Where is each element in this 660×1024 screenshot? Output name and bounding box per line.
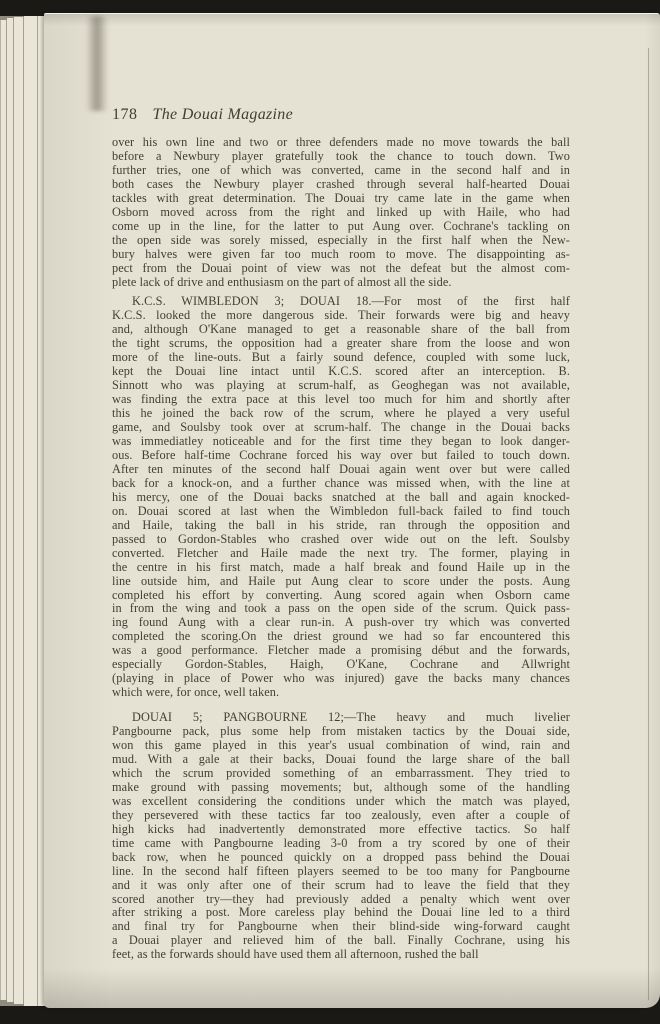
text-line: high kicks had inadvertently demonstrate… [112,823,570,837]
page-edge [7,18,14,1002]
text-line: which the scrum provided something of an… [112,767,570,781]
text-line: on. Douai scored at last when the Wimble… [112,505,570,519]
text-line: after striking a post. More careless pla… [112,906,570,920]
text-line: before a Newbury player gratefully took … [112,150,570,164]
page-content: 178The Douai Magazine over his own line … [112,105,570,962]
text-line: pect from the Douai point of view was no… [112,262,570,276]
text-line: plete lack of drive and enthusiasm on th… [112,276,570,290]
text-line: especially Gordon-Stables, Haigh, O'Kane… [112,658,570,672]
text-line: Osborn moved across from the right and l… [112,206,570,220]
text-line: ous. Before half-time Cochrane forced hi… [112,449,570,463]
text-line: and it was only after one of their scrum… [112,879,570,893]
text-line: both cases the Newbury player crashed th… [112,178,570,192]
page-number: 178 [112,106,138,123]
text-line: K.C.S. looked the more dangerous side. T… [112,309,570,323]
text-line: more of the line-outs. But a fairly soun… [112,351,570,365]
book-photo: 178The Douai Magazine over his own line … [0,0,660,1024]
text-line: and final try for Pangbourne when their … [112,920,570,934]
text-line: line. In the second half fifteen players… [112,865,570,879]
text-line: After ten minutes of the second half Dou… [112,463,570,477]
text-line: bury halves were given far too much room… [112,248,570,262]
text-line: and, although O'Kane managed to get a re… [112,323,570,337]
text-line: further tries, one of which was converte… [112,164,570,178]
text-line: come up in the line, for the latter to p… [112,220,570,234]
running-title: The Douai Magazine [153,106,294,123]
text-line: back row, when he pounced quickly on a d… [112,851,570,865]
text-line: was immediatley noticeable and for the f… [112,435,570,449]
text-line: the open side was sorely missed, especia… [112,234,570,248]
text-line: his mercy, one of the Douai backs snatch… [112,491,570,505]
text-line: passed to Gordon-Stables who crashed ove… [112,533,570,547]
text-line: was finding the extra pace at this level… [112,393,570,407]
text-line: the centre in his first match, made a ha… [112,561,570,575]
page-header: 178The Douai Magazine [112,105,570,124]
text-line: a Douai player and relieved him of the b… [112,934,570,948]
gutter-shadow [86,16,108,111]
text-line: won this game played in this year's usua… [112,739,570,753]
text-line: which were, for once, well taken. [112,686,570,700]
text-line: make ground with passing movements; but,… [112,781,570,795]
text-line: tackles with great determination. The Do… [112,192,570,206]
text-line: this he joined the back row of the scrum… [112,407,570,421]
text-line: converted. Fletcher and Haile made the n… [112,547,570,561]
text-line: feet, as the forwards should have used t… [112,948,570,962]
text-line: the tight scrums, the opposition had a g… [112,337,570,351]
page-edge [14,17,24,1004]
text-line: ing found Aung with a clear run-in. A pu… [112,616,570,630]
page-stack-edges [0,16,46,1006]
text-line: was excellent considering the conditions… [112,795,570,809]
text-line: completed his effort by converting. Aung… [112,589,570,603]
body-text: over his own line and two or three defen… [112,136,570,962]
text-line: mud. With a gale at their backs, Douai f… [112,753,570,767]
paragraph: over his own line and two or three defen… [112,136,570,289]
magazine-page: 178The Douai Magazine over his own line … [44,13,660,1008]
text-line: Pangbourne pack, plus some help from mis… [112,725,570,739]
text-line: in from the wing and took a pass on the … [112,602,570,616]
text-line: (playing in place of Power who was injur… [112,672,570,686]
text-line: game, and Soulsby took over at scrum-hal… [112,421,570,435]
text-line: K.C.S. WIMBLEDON 3; DOUAI 18.—For most o… [112,295,570,309]
paragraph: DOUAI 5; PANGBOURNE 12;—The heavy and mu… [112,711,570,962]
page-edge [0,20,7,1000]
text-line: and Haile, taking the ball in his stride… [112,519,570,533]
text-line: kept the Douai line intact until K.C.S. … [112,365,570,379]
text-line: back for a knock-on, and a further chanc… [112,477,570,491]
fore-edge-line [648,48,649,1000]
page-edge [24,16,38,1006]
text-line: they persevered with these tactics far t… [112,809,570,823]
text-line: line outside him, and Haile put Aung cle… [112,575,570,589]
paragraph: K.C.S. WIMBLEDON 3; DOUAI 18.—For most o… [112,295,570,700]
text-line: completed the scoring.On the driest grou… [112,630,570,644]
text-line: scored another try—they had previously a… [112,893,570,907]
text-line: DOUAI 5; PANGBOURNE 12;—The heavy and mu… [112,711,570,725]
text-line: was a good performance. Fletcher made a … [112,644,570,658]
text-line: over his own line and two or three defen… [112,136,570,150]
text-line: time came with Pangbourne leading 3-0 fr… [112,837,570,851]
text-line: Sinnott who was playing at scrum-half, a… [112,379,570,393]
